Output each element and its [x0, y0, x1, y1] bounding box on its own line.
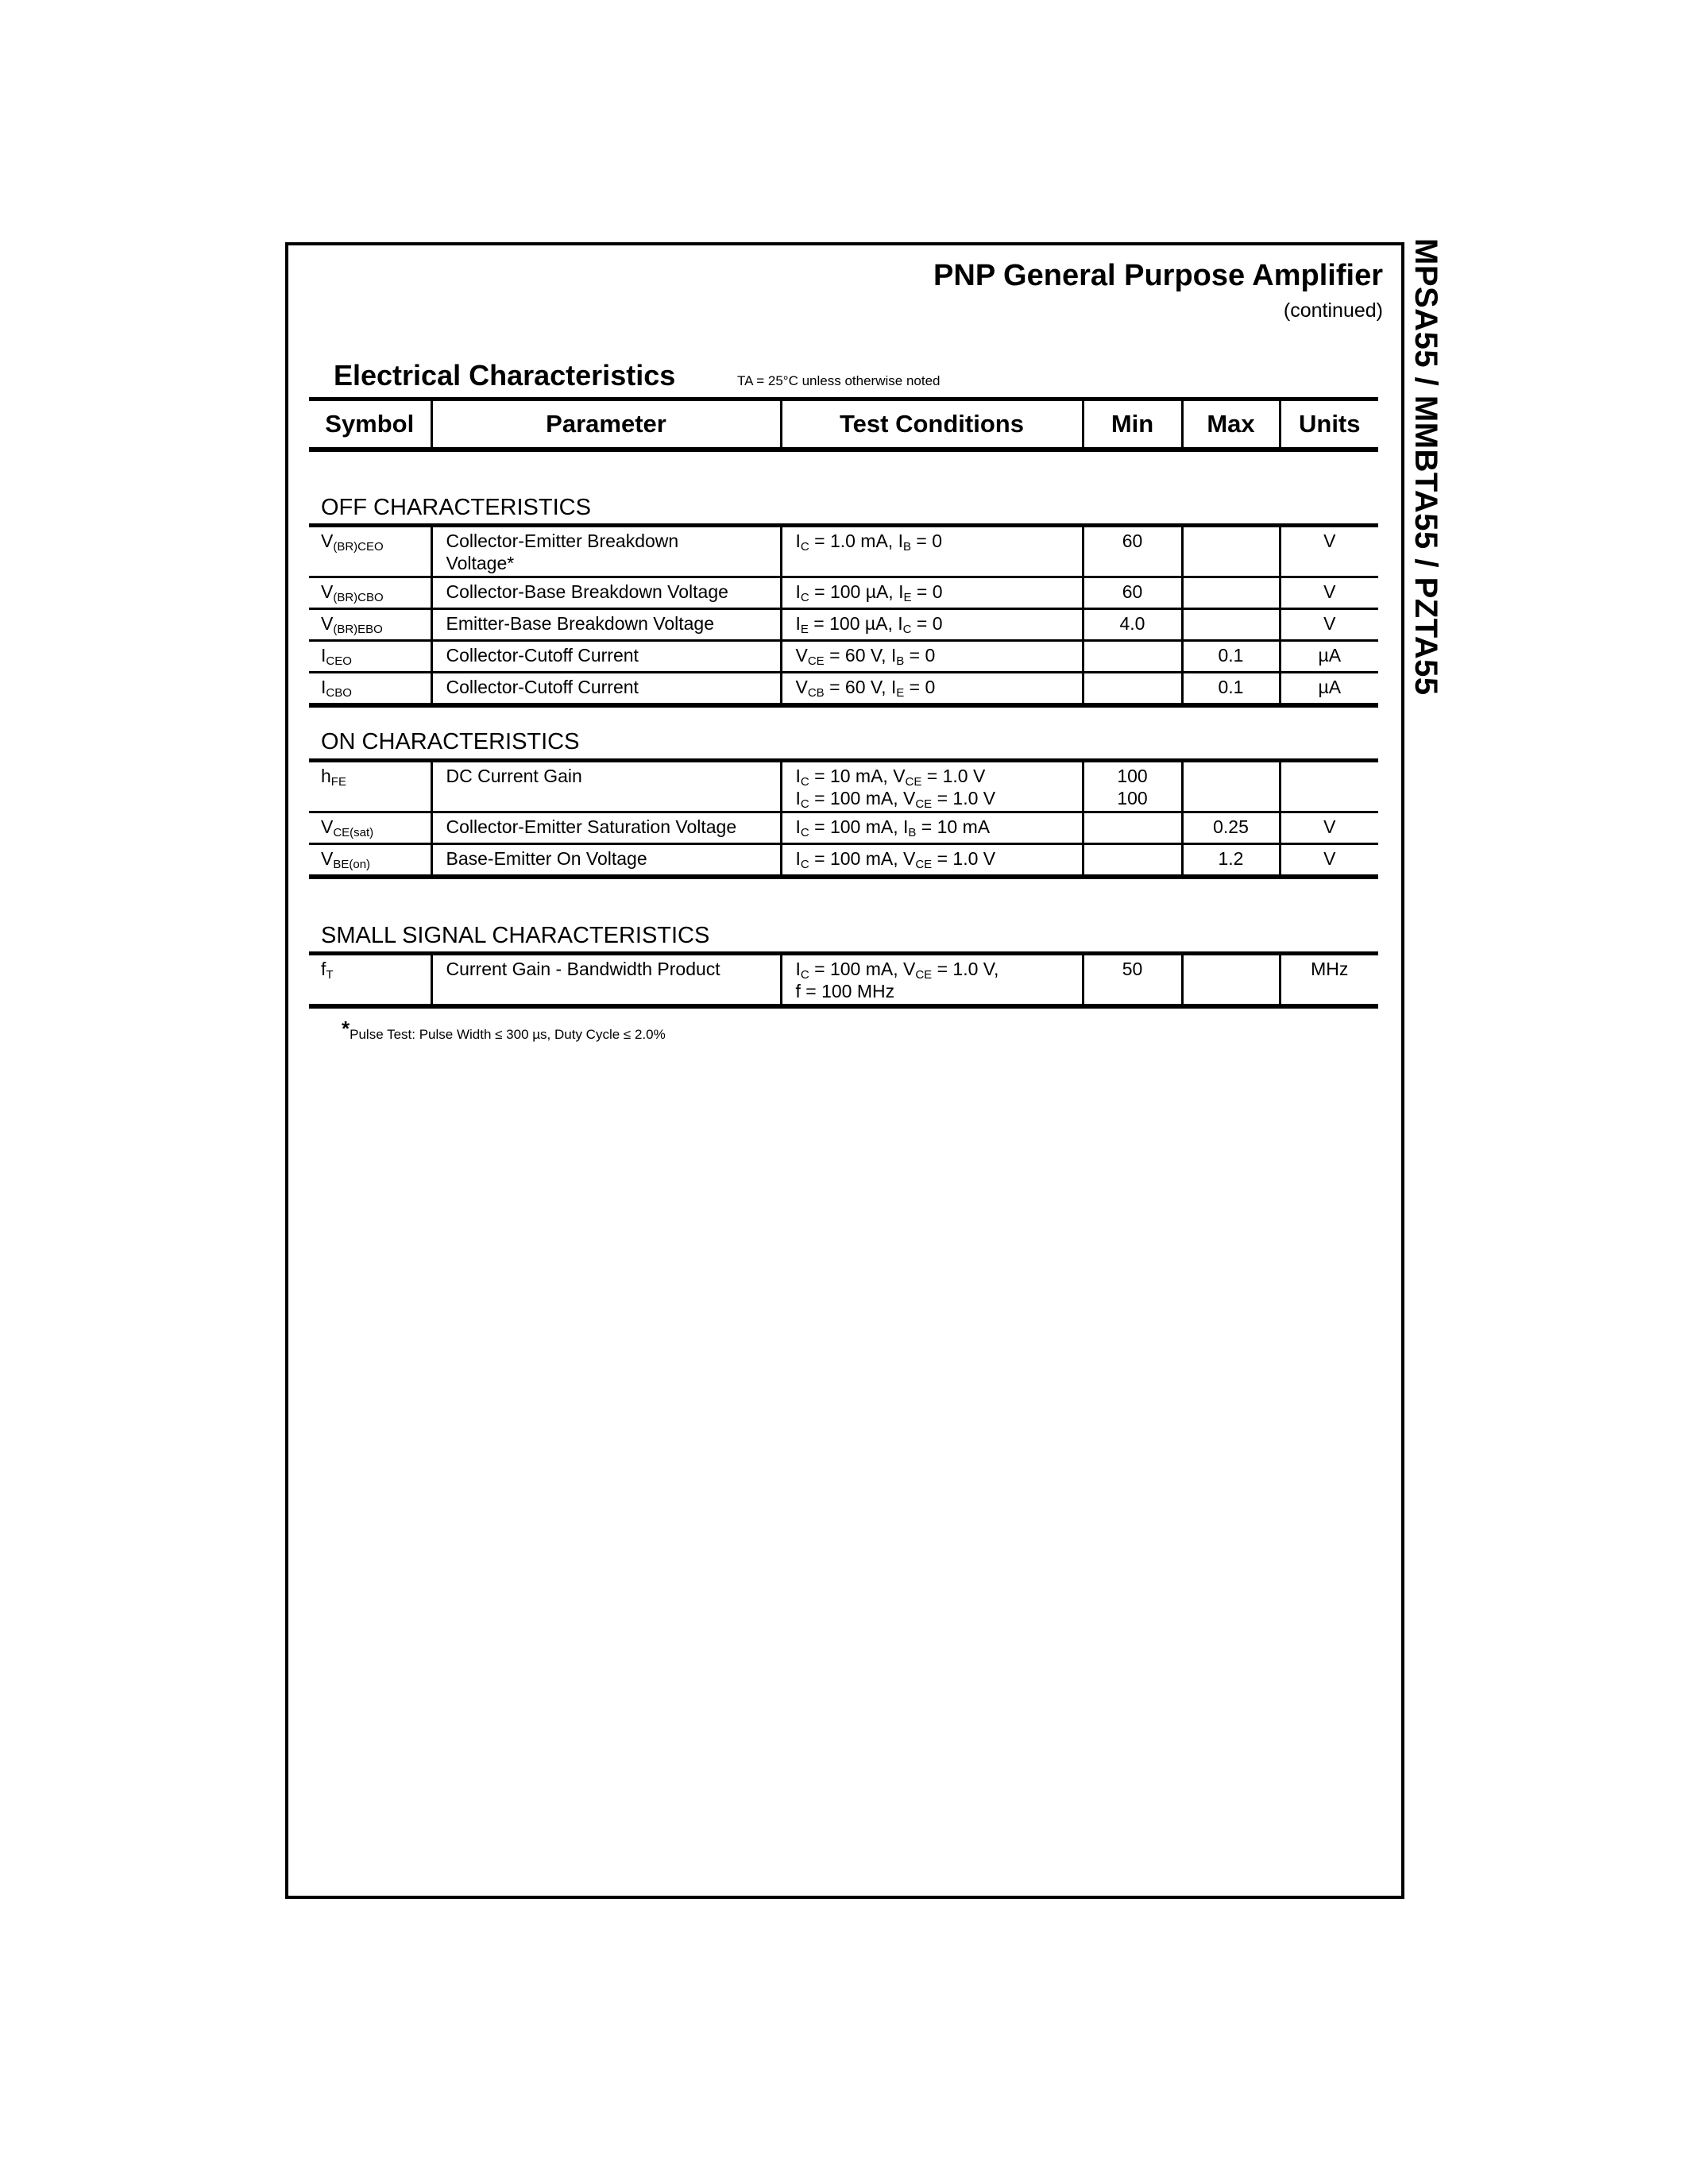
symbol-subscript: T: [326, 968, 333, 982]
cell-test-conditions: IC = 100 mA, VCE = 1.0 V: [781, 844, 1083, 878]
cell-units: µA: [1280, 641, 1378, 673]
cell-test-conditions: IC = 1.0 mA, IB = 0: [781, 526, 1083, 577]
cell-max: [1182, 761, 1280, 812]
condition-subscript: E: [801, 623, 809, 636]
cell-units: MHz: [1280, 954, 1378, 1007]
cell-symbol: fT: [309, 954, 431, 1007]
cell-parameter: Collector-Cutoff Current: [431, 673, 781, 706]
cell-max: [1182, 577, 1280, 609]
condition-subscript: E: [896, 686, 904, 700]
table-row: V(BR)CBOCollector-Base Breakdown Voltage…: [309, 577, 1378, 609]
parameter-text: Collector-Cutoff Current: [446, 676, 780, 698]
symbol-subscript: (BR)CBO: [333, 591, 383, 604]
parameter-text: Base-Emitter On Voltage: [446, 847, 780, 870]
condition-line: IC = 10 mA, VCE = 1.0 V: [796, 765, 1082, 787]
cell-symbol: V(BR)CEO: [309, 526, 431, 577]
symbol-subscript: (BR)CEO: [333, 540, 383, 554]
condition-line: IC = 100 mA, VCE = 1.0 V: [796, 787, 1082, 809]
cell-symbol: ICEO: [309, 641, 431, 673]
condition-subscript: C: [903, 623, 912, 636]
table-row: VBE(on)Base-Emitter On VoltageIC = 100 m…: [309, 844, 1378, 878]
symbol: V(BR)CEO: [321, 531, 384, 551]
cell-parameter: Collector-Cutoff Current: [431, 641, 781, 673]
condition-subscript: C: [801, 591, 809, 604]
header-min: Min: [1083, 399, 1182, 450]
cell-min: [1083, 641, 1182, 673]
condition-subscript: CE: [915, 968, 932, 982]
symbol: ICBO: [321, 677, 352, 697]
min-value: 100: [1084, 765, 1181, 787]
min-value: 60: [1084, 581, 1181, 603]
off-characteristics-table: V(BR)CEOCollector-Emitter BreakdownVolta…: [309, 523, 1378, 708]
condition-line: IC = 100 mA, VCE = 1.0 V: [796, 847, 1082, 870]
cell-min: [1083, 844, 1182, 878]
table-row: V(BR)CEOCollector-Emitter BreakdownVolta…: [309, 526, 1378, 577]
header-max: Max: [1182, 399, 1280, 450]
table-row: fTCurrent Gain - Bandwidth ProductIC = 1…: [309, 954, 1378, 1007]
symbol: VCE(sat): [321, 816, 373, 837]
header-parameter: Parameter: [431, 399, 781, 450]
cell-max: [1182, 609, 1280, 641]
condition-subscript: CE: [808, 654, 825, 668]
symbol: fT: [321, 959, 334, 979]
condition-subscript: C: [801, 826, 809, 839]
symbol: VBE(on): [321, 848, 370, 869]
on-characteristics-table: hFEDC Current GainIC = 10 mA, VCE = 1.0 …: [309, 758, 1378, 879]
cell-test-conditions: IC = 100 mA, VCE = 1.0 V,f = 100 MHz: [781, 954, 1083, 1007]
cell-min: 50: [1083, 954, 1182, 1007]
cell-units: µA: [1280, 673, 1378, 706]
cell-min: 60: [1083, 526, 1182, 577]
condition-line: IE = 100 µA, IC = 0: [796, 612, 1082, 635]
condition-subscript: CE: [915, 797, 932, 811]
cell-min: 100100: [1083, 761, 1182, 812]
cell-test-conditions: IC = 100 mA, IB = 10 mA: [781, 812, 1083, 844]
cell-units: V: [1280, 526, 1378, 577]
cell-symbol: hFE: [309, 761, 431, 812]
side-part-numbers: MPSA55 / MMBTA55 / PZTA55: [1408, 238, 1440, 747]
condition-subscript: C: [801, 858, 809, 871]
symbol: V(BR)CBO: [321, 581, 384, 602]
cell-min: [1083, 812, 1182, 844]
symbol-subscript: CE(sat): [333, 826, 373, 839]
parameter-text: Emitter-Base Breakdown Voltage: [446, 612, 780, 635]
cell-parameter: Current Gain - Bandwidth Product: [431, 954, 781, 1007]
condition-subscript: B: [903, 540, 911, 554]
cell-units: V: [1280, 844, 1378, 878]
cell-min: [1083, 673, 1182, 706]
cell-parameter: Base-Emitter On Voltage: [431, 844, 781, 878]
condition-line: IC = 1.0 mA, IB = 0: [796, 530, 1082, 552]
off-characteristics-heading: OFF CHARACTERISTICS: [321, 495, 591, 521]
condition-subscript: CB: [808, 686, 825, 700]
cell-parameter: Collector-Emitter BreakdownVoltage*: [431, 526, 781, 577]
cell-max: 0.1: [1182, 641, 1280, 673]
symbol-subscript: (BR)EBO: [333, 623, 383, 636]
cell-symbol: V(BR)EBO: [309, 609, 431, 641]
cell-max: 1.2: [1182, 844, 1280, 878]
cell-units: V: [1280, 812, 1378, 844]
cell-min: 4.0: [1083, 609, 1182, 641]
condition-line: VCB = 60 V, IE = 0: [796, 676, 1082, 698]
parameter-text: Collector-Base Breakdown Voltage: [446, 581, 780, 603]
symbol: hFE: [321, 766, 346, 786]
section-note: TA = 25°C unless otherwise noted: [737, 373, 941, 389]
cell-parameter: Collector-Base Breakdown Voltage: [431, 577, 781, 609]
min-value: 100: [1084, 787, 1181, 809]
section-title: Electrical Characteristics: [334, 359, 675, 392]
cell-max: 0.1: [1182, 673, 1280, 706]
min-value: 60: [1084, 530, 1181, 552]
cell-test-conditions: IE = 100 µA, IC = 0: [781, 609, 1083, 641]
cell-symbol: ICBO: [309, 673, 431, 706]
symbol-subscript: CEO: [326, 654, 352, 668]
header-test-conditions: Test Conditions: [781, 399, 1083, 450]
table-row: VCE(sat)Collector-Emitter Saturation Vol…: [309, 812, 1378, 844]
document-subtitle: (continued): [1284, 299, 1383, 322]
table-row: ICEOCollector-Cutoff CurrentVCE = 60 V, …: [309, 641, 1378, 673]
parameter-text: Collector-Cutoff Current: [446, 644, 780, 666]
symbol-subscript: CBO: [326, 686, 352, 700]
small-signal-heading: SMALL SIGNAL CHARACTERISTICS: [321, 923, 709, 949]
footnote-asterisk: *: [342, 1017, 350, 1040]
condition-line: VCE = 60 V, IB = 0: [796, 644, 1082, 666]
cell-parameter: Emitter-Base Breakdown Voltage: [431, 609, 781, 641]
cell-units: [1280, 761, 1378, 812]
parameter-text: DC Current Gain: [446, 765, 780, 787]
cell-test-conditions: IC = 100 µA, IE = 0: [781, 577, 1083, 609]
min-value: 4.0: [1084, 612, 1181, 635]
condition-subscript: B: [908, 826, 916, 839]
header-units: Units: [1280, 399, 1378, 450]
condition-subscript: C: [801, 540, 809, 554]
cell-symbol: VBE(on): [309, 844, 431, 878]
cell-symbol: V(BR)CBO: [309, 577, 431, 609]
symbol: ICEO: [321, 645, 352, 666]
cell-test-conditions: VCB = 60 V, IE = 0: [781, 673, 1083, 706]
condition-subscript: C: [801, 797, 809, 811]
symbol-subscript: BE(on): [333, 858, 370, 871]
symbol-subscript: FE: [331, 775, 346, 789]
parameter-text: Collector-Emitter Breakdown: [446, 530, 780, 552]
cell-max: [1182, 526, 1280, 577]
condition-line: IC = 100 mA, VCE = 1.0 V,: [796, 958, 1082, 980]
table-header: Symbol Parameter Test Conditions Min Max…: [309, 397, 1378, 452]
condition-subscript: CE: [915, 858, 932, 871]
header-symbol: Symbol: [309, 399, 431, 450]
table-row: ICBOCollector-Cutoff CurrentVCB = 60 V, …: [309, 673, 1378, 706]
page-frame: [285, 242, 1404, 1899]
cell-symbol: VCE(sat): [309, 812, 431, 844]
condition-line: IC = 100 µA, IE = 0: [796, 581, 1082, 603]
parameter-text: Current Gain - Bandwidth Product: [446, 958, 780, 980]
parameter-text: Voltage*: [446, 552, 780, 574]
cell-units: V: [1280, 577, 1378, 609]
small-signal-table: fTCurrent Gain - Bandwidth ProductIC = 1…: [309, 951, 1378, 1009]
on-characteristics-heading: ON CHARACTERISTICS: [321, 729, 579, 755]
cell-units: V: [1280, 609, 1378, 641]
condition-subscript: B: [896, 654, 904, 668]
condition-line: IC = 100 mA, IB = 10 mA: [796, 816, 1082, 838]
parameter-text: Collector-Emitter Saturation Voltage: [446, 816, 780, 838]
min-value: 50: [1084, 958, 1181, 980]
document-title: PNP General Purpose Amplifier: [933, 259, 1383, 293]
table-row: V(BR)EBOEmitter-Base Breakdown VoltageIE…: [309, 609, 1378, 641]
side-title-text: MPSA55 / MMBTA55 / PZTA55: [1410, 238, 1442, 696]
cell-parameter: Collector-Emitter Saturation Voltage: [431, 812, 781, 844]
cell-max: [1182, 954, 1280, 1007]
condition-subscript: E: [903, 591, 911, 604]
cell-min: 60: [1083, 577, 1182, 609]
cell-test-conditions: VCE = 60 V, IB = 0: [781, 641, 1083, 673]
cell-parameter: DC Current Gain: [431, 761, 781, 812]
footnote-text: Pulse Test: Pulse Width ≤ 300 µs, Duty C…: [350, 1027, 666, 1042]
cell-max: 0.25: [1182, 812, 1280, 844]
symbol: V(BR)EBO: [321, 613, 383, 634]
table-row: hFEDC Current GainIC = 10 mA, VCE = 1.0 …: [309, 761, 1378, 812]
cell-test-conditions: IC = 10 mA, VCE = 1.0 VIC = 100 mA, VCE …: [781, 761, 1083, 812]
condition-line: f = 100 MHz: [796, 980, 1082, 1002]
footnote: *Pulse Test: Pulse Width ≤ 300 µs, Duty …: [342, 1017, 666, 1043]
